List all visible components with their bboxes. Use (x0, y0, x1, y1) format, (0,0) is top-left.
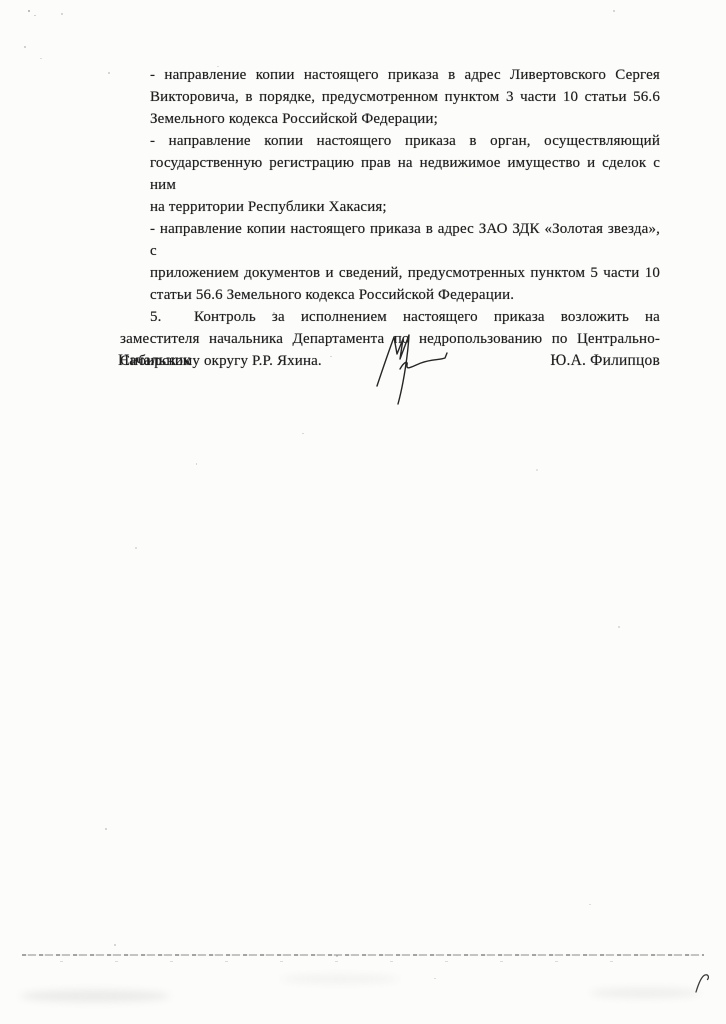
scan-smudge (20, 990, 170, 1002)
dust-speck (613, 10, 615, 12)
document-line: статьи 56.6 Земельного кодекса Российско… (150, 284, 660, 306)
dust-speck (28, 10, 30, 12)
document-line: государственную регистрацию прав на недв… (150, 152, 660, 196)
dust-speck (589, 904, 591, 905)
dust-speck (196, 463, 197, 465)
dust-speck (336, 955, 338, 957)
dust-speck (40, 58, 42, 59)
dust-speck (536, 469, 538, 471)
document-line: приложением документов и сведений, преду… (150, 262, 660, 284)
document-line: Земельного кодекса Российской Федерации; (150, 108, 660, 130)
handwritten-signature (366, 320, 458, 412)
paragraph-number: 5. (150, 306, 194, 328)
document-line: Викторовича, в порядке, предусмотренном … (150, 86, 660, 108)
dust-speck (61, 13, 63, 15)
document-line: - направление копии настоящего приказа в… (150, 64, 660, 86)
dust-speck (135, 547, 137, 549)
dust-speck (108, 72, 110, 74)
dust-speck (217, 66, 219, 67)
dust-speck (330, 356, 332, 357)
dust-speck (302, 433, 304, 434)
scanner-streak-artifact (22, 954, 704, 956)
scan-smudge (280, 975, 400, 983)
dust-speck (618, 626, 620, 628)
document-line: - направление копии настоящего приказа в… (150, 130, 660, 152)
dust-speck (105, 828, 107, 830)
dust-speck (114, 944, 116, 946)
signer-name: Ю.А. Филипцов (550, 350, 660, 372)
dust-speck (24, 46, 26, 48)
scanned-document-page: - направление копии настоящего приказа в… (0, 0, 726, 1024)
signer-title: Начальник (118, 350, 191, 372)
scanner-dots-artifact (60, 961, 620, 962)
dust-speck (273, 312, 275, 314)
dust-speck (34, 15, 36, 16)
document-line: на территории Республики Хакасия; (150, 196, 660, 218)
scan-smudge (590, 988, 700, 998)
dust-speck (434, 978, 436, 979)
document-line: - направление копии настоящего приказа в… (150, 218, 660, 262)
